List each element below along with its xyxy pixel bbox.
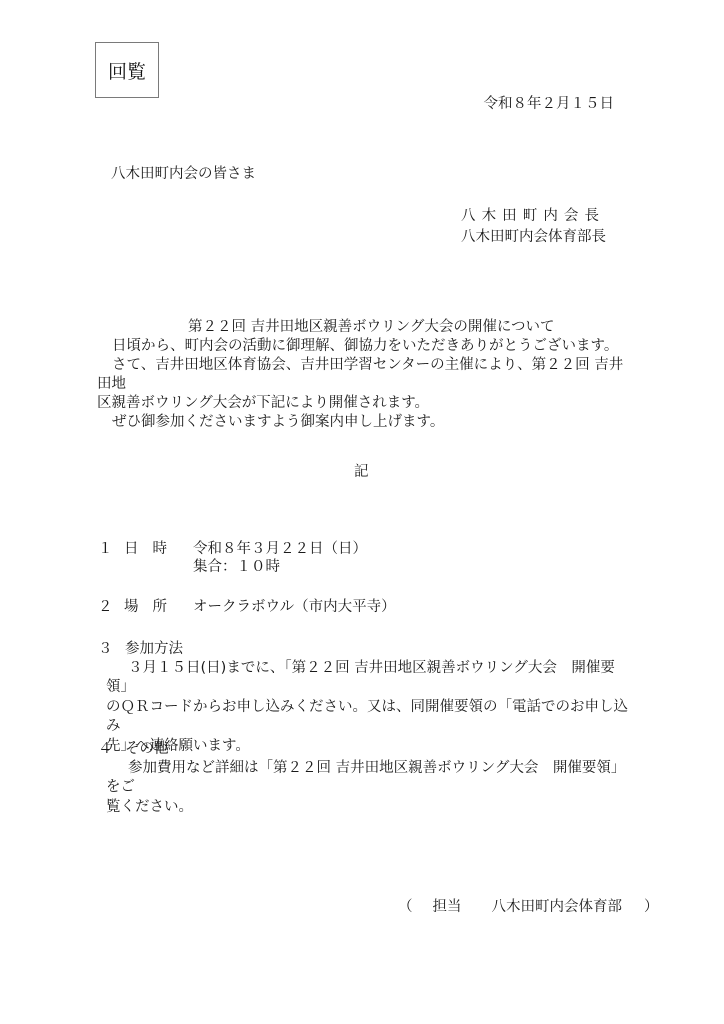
- footer-role: 担当: [433, 899, 462, 915]
- item-2-number: ２: [98, 598, 113, 617]
- item-4-body: 参加費用など詳細は「第２２回 吉井田地区親善ボウリング大会 開催要領」をご 覧く…: [106, 759, 636, 817]
- sender-title-char: 町: [523, 207, 538, 226]
- body-paragraph-announcement-line1: さて、吉井田地区体育協会、吉井田学習センターの主催により、第２２回 吉井田地: [97, 356, 627, 394]
- item-1-number: １: [98, 540, 113, 559]
- sender-title-char: 田: [502, 207, 517, 226]
- sender-title-char: 八: [461, 207, 476, 226]
- body-paragraph-announcement-line2: 区親善ボウリング大会が下記により開催されます。: [97, 394, 627, 413]
- item-4-body-line: 参加費用など詳細は「第２２回 吉井田地区親善ボウリング大会 開催要領」をご: [106, 759, 636, 797]
- item-4-number: ４: [98, 740, 113, 759]
- footer-close-paren: ）: [644, 898, 659, 917]
- addressee: 八木田町内会の皆さま: [111, 165, 256, 184]
- sender-title-char: 木: [482, 207, 497, 226]
- body-paragraph-greeting: 日頃から、町内会の活動に御理解、御協力をいただきありがとうございます。: [97, 337, 627, 356]
- item-1-value-date: 令和８年３月２２日（日）: [193, 540, 367, 559]
- item-3-body-line: 先」へ連絡願います。: [106, 737, 636, 756]
- item-4-body-line: 覧ください。: [106, 798, 636, 817]
- circulation-stamp: 回覧: [95, 42, 159, 98]
- item-2-value-venue: オークラボウル（市内大平寺）: [193, 598, 396, 617]
- item-3-body-line: のＱＲコードからお申し込みください。又は、同開催要領の「電話でのお申し込み: [106, 698, 636, 736]
- document-date: 令和８年２月１５日: [484, 95, 615, 114]
- item-3-label: 参加方法: [125, 640, 183, 659]
- subject-heading: 第２２回 吉井田地区親善ボウリング大会の開催について: [188, 318, 555, 337]
- contact-footer: （担当八木田町内会体育部）: [398, 898, 659, 917]
- item-3-body: ３月１５日(日)までに、「第２２回 吉井田地区親善ボウリング大会 開催要領」 の…: [106, 659, 636, 756]
- sender-title-char: 会: [564, 207, 579, 226]
- sender-title-char: 内: [543, 207, 558, 226]
- item-3-body-line: ３月１５日(日)までに、「第２２回 吉井田地区親善ボウリング大会 開催要領」: [106, 659, 636, 697]
- item-1-label: 日時: [124, 540, 181, 559]
- sender-block: 八 木 田 町 内 会 長 八木田町内会体育部長: [461, 207, 601, 247]
- footer-open-paren: （: [398, 898, 413, 917]
- item-2-label: 場所: [124, 598, 181, 617]
- item-3-number: ３: [98, 640, 113, 659]
- sender-title-char: 長: [584, 207, 599, 226]
- sender-title: 八 木 田 町 内 会 長: [461, 207, 599, 226]
- ki-heading: 記: [354, 463, 369, 482]
- body-paragraph-invitation: ぜひ御参加くださいますよう御案内申し上げます。: [97, 413, 627, 432]
- circulation-stamp-label: 回覧: [108, 57, 146, 84]
- item-1-value-gathering: 集合：１０時: [193, 558, 280, 577]
- footer-department: 八木田町内会体育部: [492, 899, 623, 915]
- sender-department-head: 八木田町内会体育部長: [461, 228, 601, 247]
- body-text: 日頃から、町内会の活動に御理解、御協力をいただきありがとうございます。 さて、吉…: [97, 337, 627, 432]
- item-4-label: その他: [125, 740, 169, 759]
